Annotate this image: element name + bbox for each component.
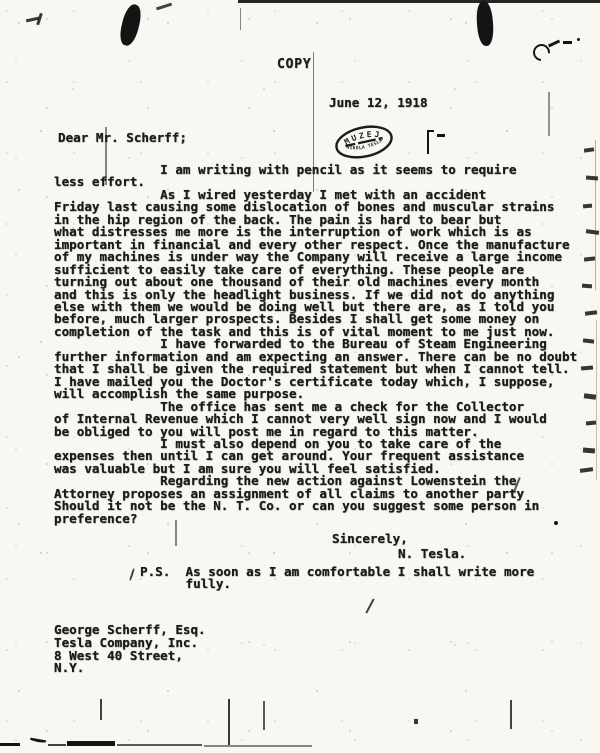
margin-scribble	[584, 256, 595, 261]
muzej-nikola-tesla-stamp-icon: MUZEJ NIKOLA TESLA	[330, 116, 399, 168]
date-line: June 12, 1918	[329, 97, 428, 109]
bracket-mark	[427, 130, 434, 132]
stray-mark	[548, 40, 560, 47]
margin-scribble	[583, 447, 595, 453]
bottom-edge-line	[0, 743, 20, 746]
margin-scribble	[583, 204, 592, 208]
margin-scribble	[584, 147, 594, 152]
margin-smear	[596, 320, 597, 480]
margin-scribble	[586, 420, 596, 425]
stray-mark	[510, 700, 512, 729]
bottom-edge-line	[48, 744, 66, 746]
copy-label: COPY	[277, 59, 312, 71]
stray-mark	[263, 701, 265, 730]
margin-scribble	[582, 284, 592, 289]
stray-mark	[365, 598, 374, 613]
stray-mark	[240, 8, 241, 30]
margin-scribble	[586, 229, 599, 235]
bottom-edge-line	[117, 744, 202, 746]
margin-scribble	[580, 467, 593, 473]
stray-mark	[437, 134, 445, 137]
recipient-address: George Scherff, Esq. Tesla Company, Inc.…	[54, 624, 206, 675]
stray-mark	[36, 13, 42, 25]
stray-mark	[563, 41, 572, 44]
margin-smear	[595, 140, 596, 290]
postscript: P.S. As soon as I am comfortable I shall…	[140, 566, 534, 591]
margin-scribble	[581, 365, 593, 370]
scanned-letter-page: MUZEJ NIKOLA TESLA COPY June 12, 1918 De…	[0, 0, 600, 753]
binder-mark-left	[117, 3, 144, 48]
bottom-edge-line	[30, 738, 46, 744]
stray-mark	[100, 699, 102, 720]
bottom-edge-line	[204, 745, 312, 747]
margin-scribble	[583, 338, 594, 343]
margin-scribble	[585, 310, 597, 315]
stray-mark	[577, 38, 580, 41]
valediction: Sincerely,	[332, 533, 408, 545]
letter-body: I am writing with pencil as it seems to …	[54, 164, 577, 525]
stray-mark	[129, 568, 135, 581]
bracket-mark	[427, 130, 429, 154]
scan-top-edge-line	[238, 0, 600, 3]
stray-dot	[414, 719, 418, 724]
fold-line	[548, 92, 550, 136]
stray-mark	[156, 3, 172, 10]
binder-mark-right	[475, 0, 494, 46]
margin-scribble	[584, 393, 596, 399]
signature: N. Tesla.	[398, 548, 466, 560]
bottom-edge-line	[67, 741, 115, 746]
stray-mark	[228, 699, 230, 745]
salutation: Dear Mr. Scherff;	[58, 132, 187, 144]
margin-scribble	[586, 175, 598, 180]
